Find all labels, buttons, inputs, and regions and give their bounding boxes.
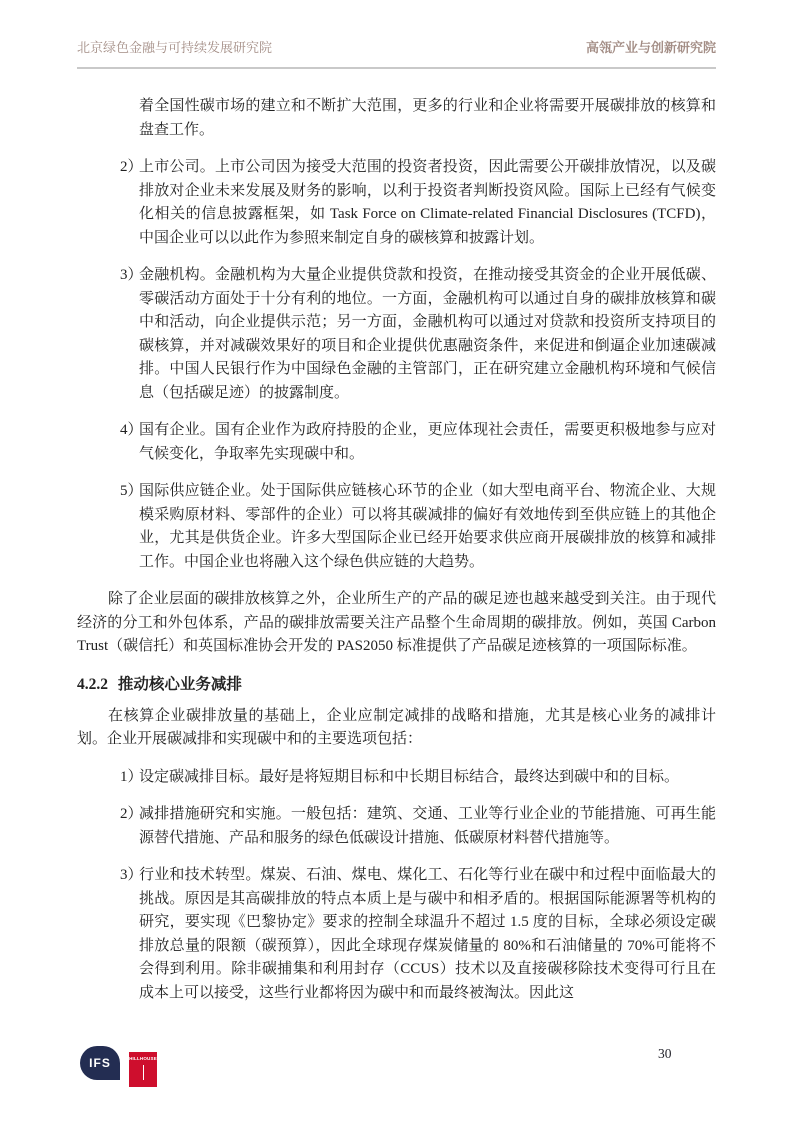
hillhouse-logo: HILLHOUSE bbox=[129, 1052, 157, 1087]
list-item-text: 金融机构。金融机构为大量企业提供贷款和投资，在推动接受其资金的企业开展低碳、零碳… bbox=[139, 267, 716, 401]
page-header: 北京绿色金融与可持续发展研究院 高瓴产业与创新研究院 bbox=[77, 40, 716, 56]
list-item-financial-institutions: 3） 金融机构。金融机构为大量企业提供贷款和投资，在推动接受其资金的企业开展低碳… bbox=[77, 264, 716, 405]
document-body: 着全国性碳市场的建立和不断扩大范围，更多的行业和企业将需要开展碳排放的核算和盘查… bbox=[77, 95, 716, 1019]
list-item-text: 上市公司。上市公司因为接受大范围的投资者投资，因此需要公开碳排放情况，以及碳排放… bbox=[139, 159, 716, 246]
list-item-set-targets: 1） 设定碳减排目标。最好是将短期目标和中长期目标结合，最终达到碳中和的目标。 bbox=[77, 766, 716, 790]
paragraph-section-intro: 在核算企业碳排放量的基础上，企业应制定减排的战略和措施，尤其是核心业务的减排计划… bbox=[77, 705, 716, 752]
header-right-title: 高瓴产业与创新研究院 bbox=[586, 40, 716, 56]
list-item-marker: 2） bbox=[120, 156, 143, 180]
footer-logos: IFS HILLHOUSE bbox=[80, 1046, 157, 1087]
section-heading-title: 推动核心业务减排 bbox=[118, 676, 242, 693]
list-item-marker: 2） bbox=[120, 803, 143, 827]
list-item-marker: 3） bbox=[120, 264, 143, 288]
list-item-marker: 5） bbox=[120, 480, 143, 504]
list-item-text: 行业和技术转型。煤炭、石油、煤电、煤化工、石化等行业在碳中和过程中面临最大的挑战… bbox=[139, 867, 716, 1001]
list-item-state-owned-enterprises: 4） 国有企业。国有企业作为政府持股的企业，更应体现社会责任，需要更积极地参与应… bbox=[77, 419, 716, 466]
list-item-reduction-measures: 2） 减排措施研究和实施。一般包括：建筑、交通、工业等行业企业的节能措施、可再生… bbox=[77, 803, 716, 850]
ifs-logo-text: IFS bbox=[89, 1056, 111, 1070]
paragraph-product-footprint: 除了企业层面的碳排放核算之外，企业所生产的产品的碳足迹也越来越受到关注。由于现代… bbox=[77, 588, 716, 659]
hillhouse-logo-line bbox=[143, 1065, 144, 1080]
header-divider bbox=[77, 67, 716, 69]
page-number: 30 bbox=[658, 1046, 672, 1062]
list-item-marker: 3） bbox=[120, 864, 143, 888]
hillhouse-logo-text: HILLHOUSE bbox=[129, 1056, 157, 1061]
section-heading-4-2-2: 4.2.2 推动核心业务减排 bbox=[77, 673, 716, 697]
list-item-industry-transition: 3） 行业和技术转型。煤炭、石油、煤电、煤化工、石化等行业在碳中和过程中面临最大… bbox=[77, 864, 716, 1005]
list-item-marker: 1） bbox=[120, 766, 143, 790]
header-left-title: 北京绿色金融与可持续发展研究院 bbox=[77, 40, 272, 56]
list-item-supply-chain-enterprises: 5） 国际供应链企业。处于国际供应链核心环节的企业（如大型电商平台、物流企业、大… bbox=[77, 480, 716, 574]
paragraph-continuation: 着全国性碳市场的建立和不断扩大范围，更多的行业和企业将需要开展碳排放的核算和盘查… bbox=[139, 95, 716, 142]
list-item-marker: 4） bbox=[120, 419, 143, 443]
list-item-listed-companies: 2） 上市公司。上市公司因为接受大范围的投资者投资，因此需要公开碳排放情况，以及… bbox=[77, 156, 716, 250]
list-item-text: 减排措施研究和实施。一般包括：建筑、交通、工业等行业企业的节能措施、可再生能源替… bbox=[139, 806, 716, 846]
section-heading-number: 4.2.2 bbox=[77, 676, 108, 693]
list-item-text: 国有企业。国有企业作为政府持股的企业，更应体现社会责任，需要更积极地参与应对气候… bbox=[139, 422, 716, 462]
list-item-text: 设定碳减排目标。最好是将短期目标和中长期目标结合，最终达到碳中和的目标。 bbox=[139, 769, 679, 785]
list-item-text: 国际供应链企业。处于国际供应链核心环节的企业（如大型电商平台、物流企业、大规模采… bbox=[139, 483, 716, 570]
ifs-logo: IFS bbox=[80, 1046, 120, 1080]
